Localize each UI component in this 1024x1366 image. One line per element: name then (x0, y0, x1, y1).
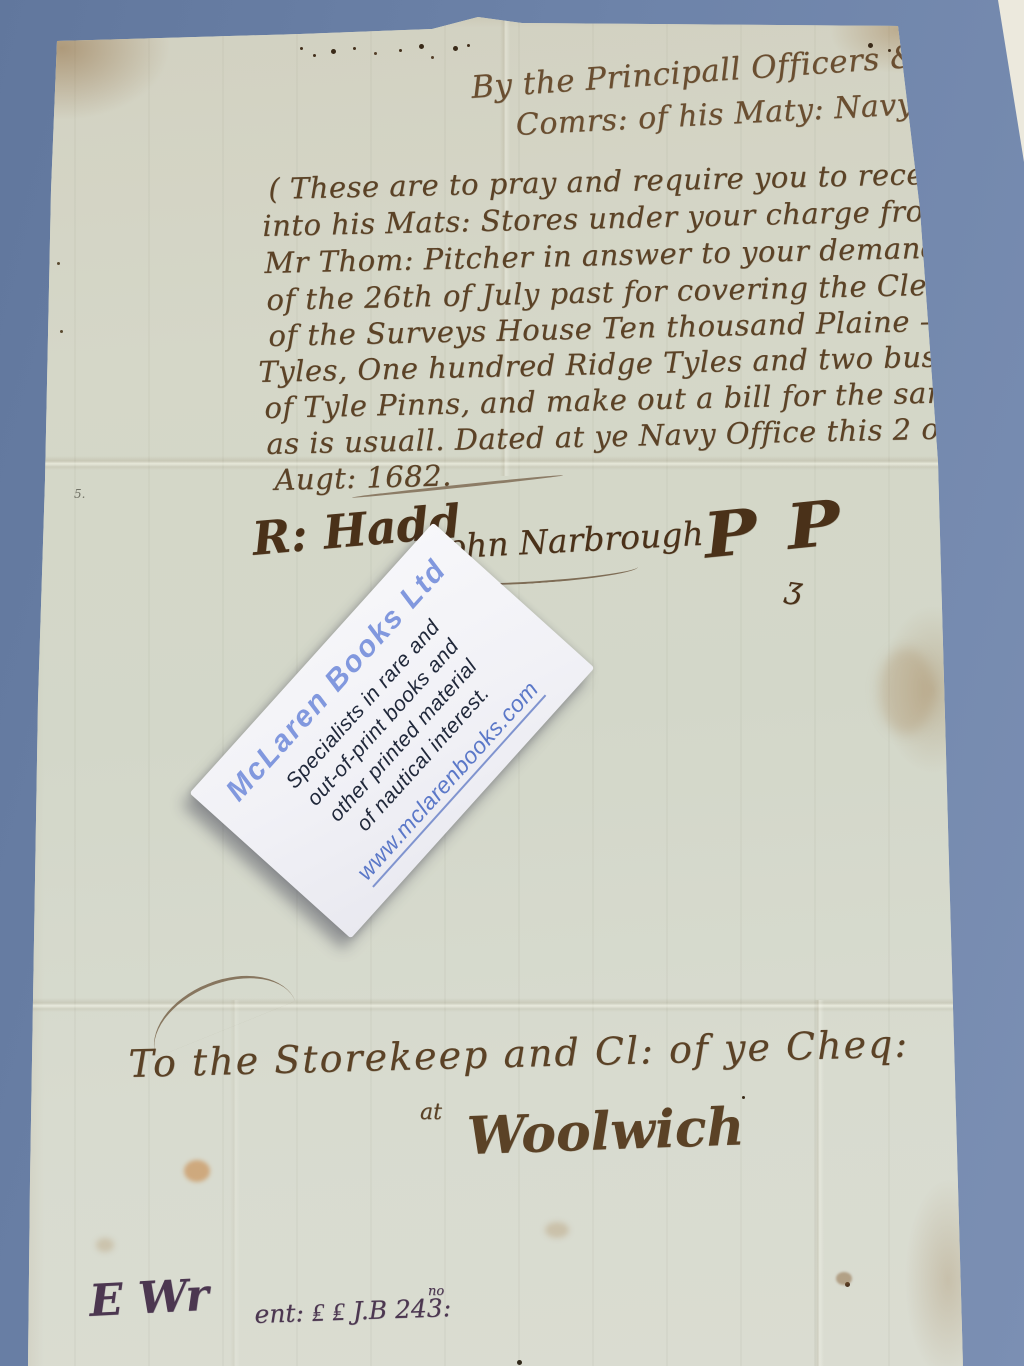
stain (836, 1272, 852, 1285)
signature-monogram-flourish: ʒ (783, 570, 805, 607)
address-line-2: at (420, 1100, 442, 1125)
signature-monogram: PP (700, 483, 874, 573)
stain (878, 648, 934, 734)
horizontal-fold-crease (30, 456, 962, 470)
stain (96, 1238, 114, 1252)
stain (184, 1160, 210, 1182)
stain (545, 1222, 569, 1238)
pencil-marginalia: 5. (74, 487, 85, 501)
endorsement-entry: ent: ₤ ₤ J.B 243: (254, 1293, 452, 1330)
photo-of-manuscript: By the Principall Officers & Comrs: of h… (0, 0, 1024, 1366)
address-line-3-woolwich: Woolwich (466, 1096, 745, 1167)
endorsement-initials: E Wr (88, 1270, 210, 1327)
address-line-1: To the Storekeep and Cl: of ye Cheq: (128, 1022, 910, 1086)
endorsement-superscript: no (428, 1284, 444, 1299)
ink-specks (0, 0, 3, 3)
